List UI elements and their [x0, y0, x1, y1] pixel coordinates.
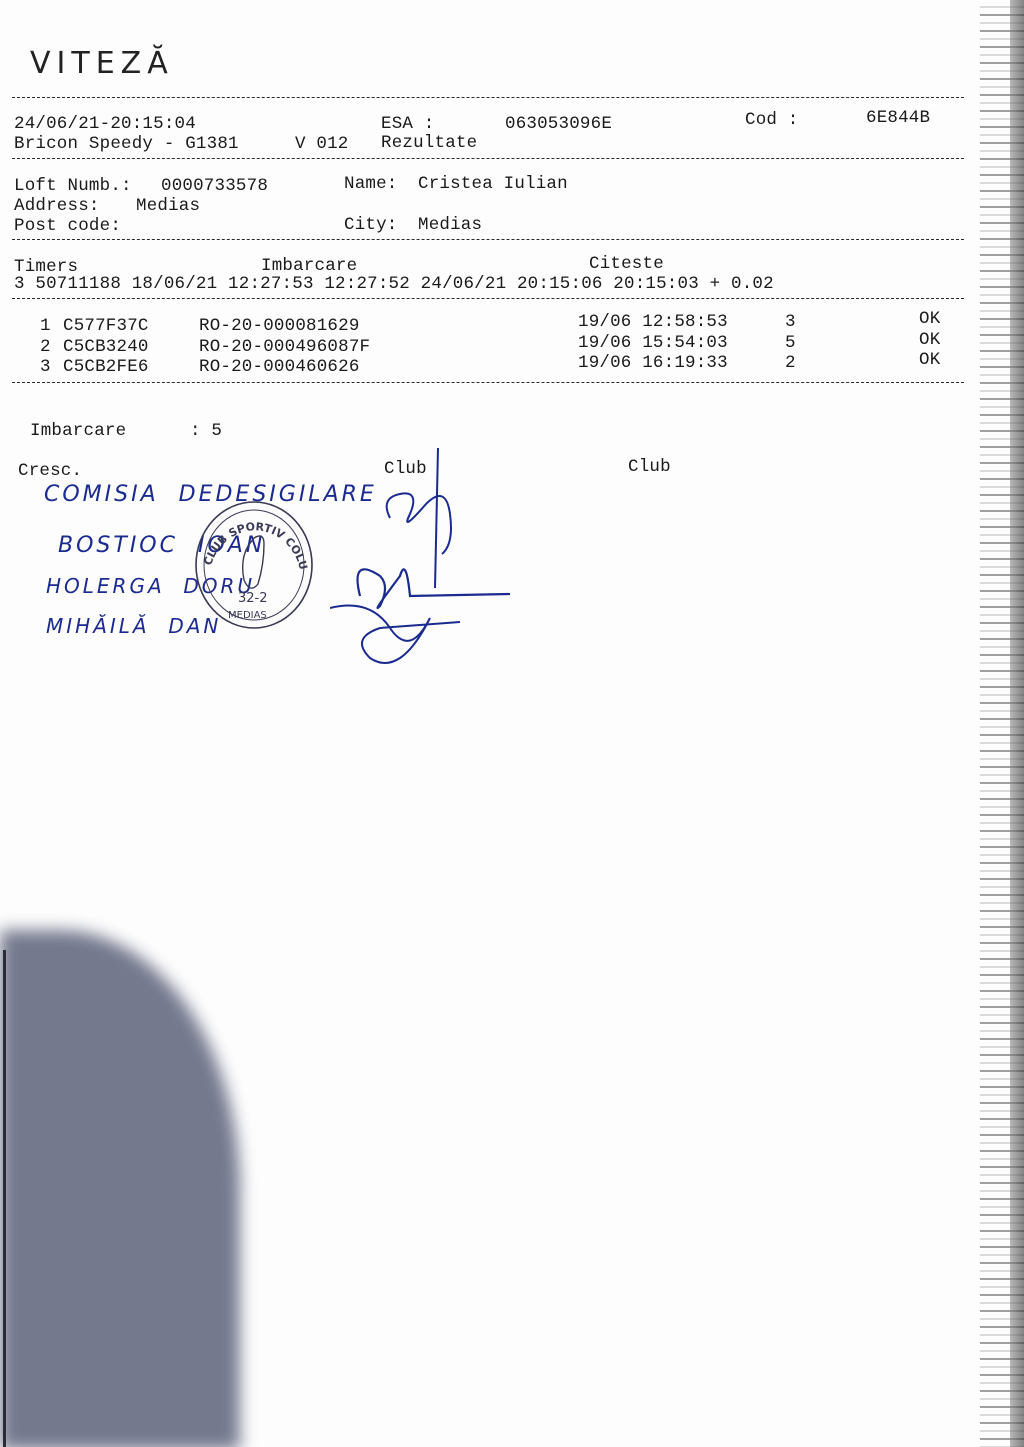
result-number: 2	[40, 337, 51, 357]
divider	[12, 239, 964, 240]
stamp-city: MEDIAS	[228, 610, 267, 621]
result-status: OK	[919, 330, 940, 350]
result-count: 2	[785, 353, 796, 373]
name-value: Cristea Iulian	[418, 174, 568, 194]
stamp-number: 32-2	[238, 591, 268, 606]
esa-label: ESA :	[381, 114, 435, 134]
result-chip: C577F37C	[63, 316, 149, 336]
device-name: Bricon Speedy - G1381	[14, 134, 239, 154]
divider	[12, 97, 964, 98]
finger-shadow	[0, 930, 240, 1447]
result-time: 19/06 12:58:53	[578, 312, 728, 332]
stamp-ring-text: CLUB SPORTIV COLUMBOFIL	[192, 498, 310, 571]
cod-label: Cod :	[745, 110, 799, 130]
name-label: Name:	[344, 174, 398, 194]
divider	[12, 298, 964, 299]
divider	[12, 382, 964, 383]
scan-edge-shadow	[1010, 0, 1024, 1447]
result-ring: RO-20-000496087F	[199, 337, 370, 357]
result-number: 1	[40, 316, 51, 336]
signatures	[330, 448, 520, 678]
result-ring: RO-20-000081629	[199, 316, 360, 336]
pigeon-icon	[243, 536, 264, 588]
imbarcare-label: Imbarcare	[261, 256, 357, 276]
cresc-label: Cresc.	[18, 461, 82, 481]
result-chip: C5CB3240	[63, 337, 149, 357]
club-label-2: Club	[628, 457, 671, 477]
result-time: 19/06 16:19:33	[578, 353, 728, 373]
result-count: 3	[785, 312, 796, 332]
citeste-label: Citeste	[589, 254, 664, 274]
result-time: 19/06 15:54:03	[578, 333, 728, 353]
divider	[12, 158, 964, 159]
loft-value: 0000733578	[161, 176, 268, 196]
postcode-label: Post code:	[14, 216, 121, 236]
imbarcare-total-label: Imbarcare	[30, 421, 126, 441]
city-value: Medias	[418, 215, 482, 235]
report-datetime: 24/06/21-20:15:04	[14, 114, 196, 134]
result-chip: C5CB2FE6	[63, 357, 149, 377]
device-version: V 012	[295, 134, 349, 154]
scanned-page: VITEZĂ 24/06/21-20:15:04 ESA : 063053096…	[0, 0, 1024, 1447]
svg-text:CLUB SPORTIV COLUMBOFIL: CLUB SPORTIV COLUMBOFIL	[192, 498, 310, 571]
timers-row: 3 50711188 18/06/21 12:27:53 12:27:52 24…	[14, 274, 774, 294]
result-status: OK	[919, 309, 940, 329]
report-type: Rezultate	[381, 133, 477, 153]
address-label: Address:	[14, 196, 100, 216]
result-status: OK	[919, 350, 940, 370]
result-number: 3	[40, 357, 51, 377]
result-count: 5	[785, 333, 796, 353]
page-left-edge	[3, 950, 6, 1447]
cod-value: 6E844B	[866, 108, 930, 128]
esa-value: 063053096E	[505, 114, 612, 134]
address-value: Medias	[136, 196, 200, 216]
club-stamp: CLUB SPORTIV COLUMBOFIL 32-2 MEDIAS	[192, 498, 316, 632]
result-ring: RO-20-000460626	[199, 357, 360, 377]
imbarcare-total-value: : 5	[190, 421, 222, 441]
handwritten-title: VITEZĂ	[30, 46, 174, 81]
city-label: City:	[344, 215, 398, 235]
loft-label: Loft Numb.:	[14, 176, 132, 196]
